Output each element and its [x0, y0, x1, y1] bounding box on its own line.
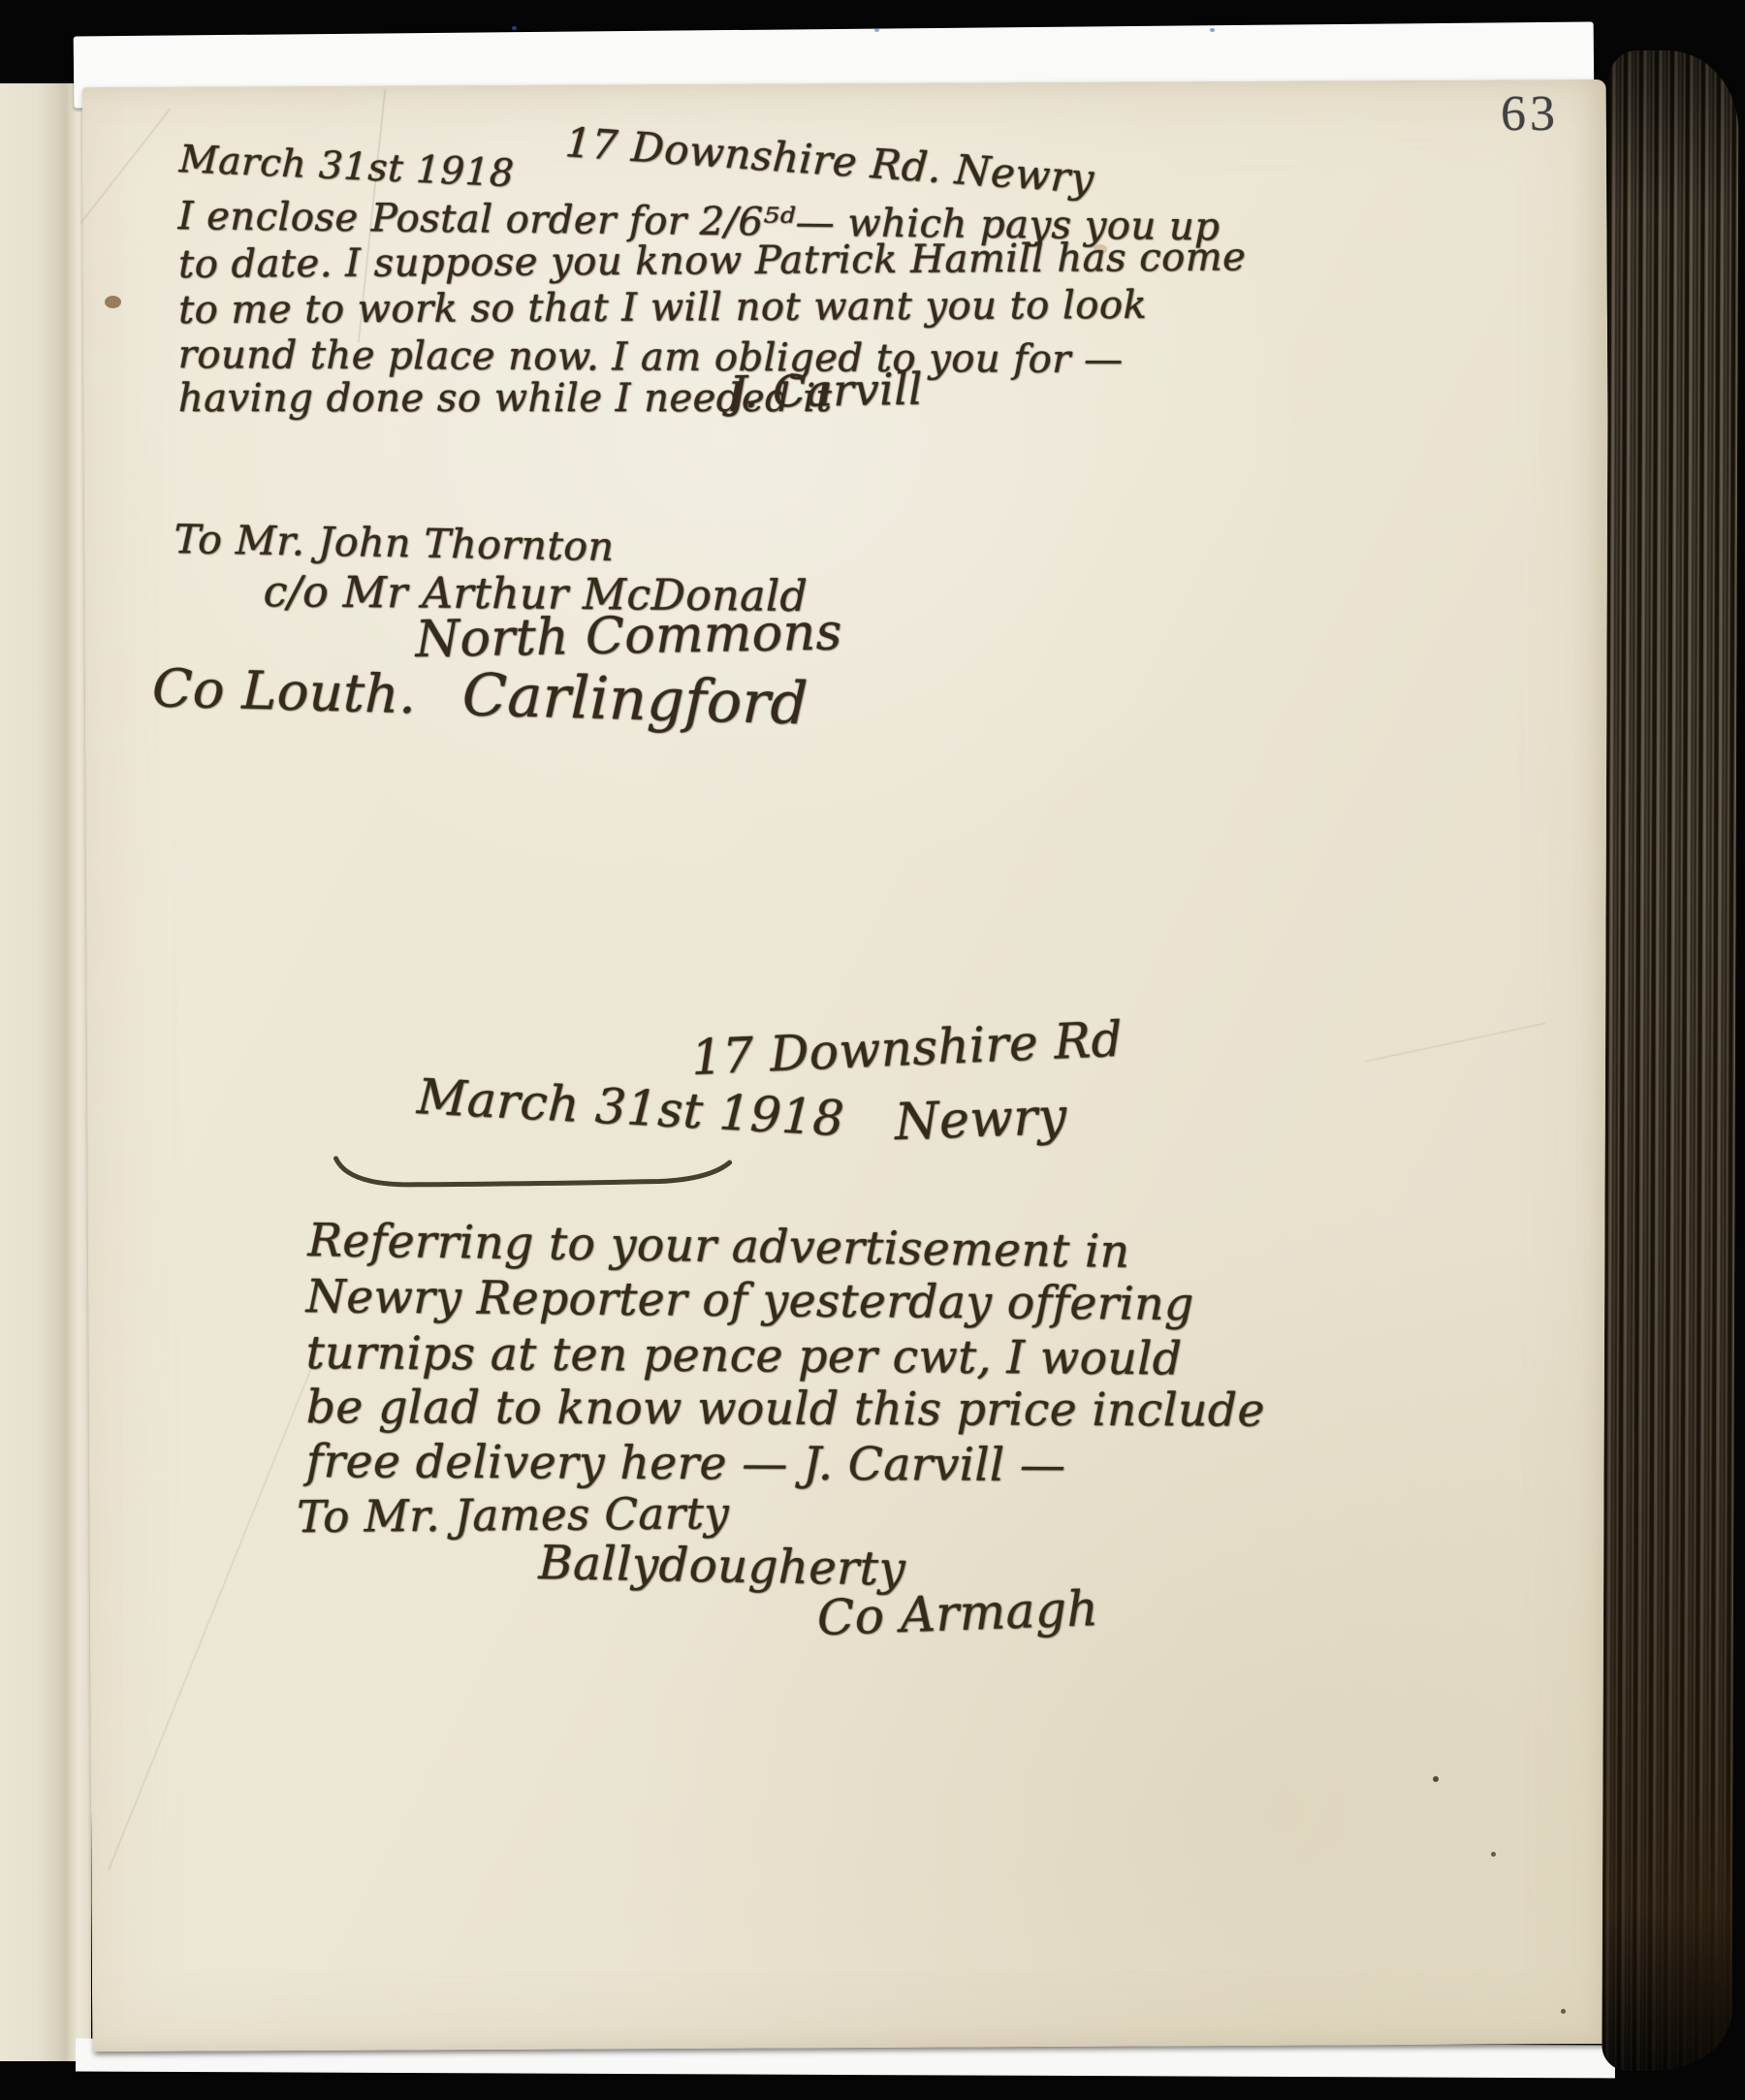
scan-speck [874, 28, 879, 32]
letter2-addressee-line: To Mr. James Carty [297, 1487, 729, 1543]
page-number: 63 [1501, 85, 1559, 143]
ink-speck [1491, 1852, 1496, 1857]
letter1-addressee-line: To Mr. John Thornton [174, 516, 615, 570]
scanned-letterbook-photo: { "page": { "number": "63", "description… [0, 0, 1745, 2100]
letter2-body-line: Newry Reporter of yesterday offering [306, 1270, 1194, 1331]
letter2-body-line: turnips at ten pence per cwt, I would [306, 1326, 1183, 1385]
ink-stain [105, 296, 121, 308]
letter1-signature: J. Carvill [729, 364, 923, 418]
letter2-heading-address-line2: Newry [894, 1088, 1068, 1152]
letter1-addressee-line: Carlingford [461, 661, 809, 738]
book-fore-edge [1602, 50, 1738, 2071]
letter1-body-line: to me to work so that I will not want yo… [178, 283, 1147, 333]
letter1-body-line: round the place now. I am obliged to you… [178, 333, 1124, 382]
letter2-addressee-line: Ballydougherty [538, 1536, 906, 1597]
ink-speck [1433, 1776, 1439, 1782]
previous-page-edge [0, 83, 91, 2061]
letter1-addressee-line: North Commons [415, 603, 842, 669]
scan-speck [1210, 28, 1215, 32]
letter1-body-line: to date. I suppose you know Patrick Hami… [178, 235, 1246, 287]
letter2-body-line: free delivery here — J. Carvill — [306, 1435, 1066, 1492]
letter2-body-line: be glad to know would this price include [306, 1381, 1265, 1437]
letter1-addressee-line: Co Louth. [151, 657, 417, 725]
scan-speck [512, 26, 517, 30]
ink-speck [1561, 2009, 1566, 2014]
letter2-addressee-line: Co Armagh [816, 1580, 1099, 1646]
